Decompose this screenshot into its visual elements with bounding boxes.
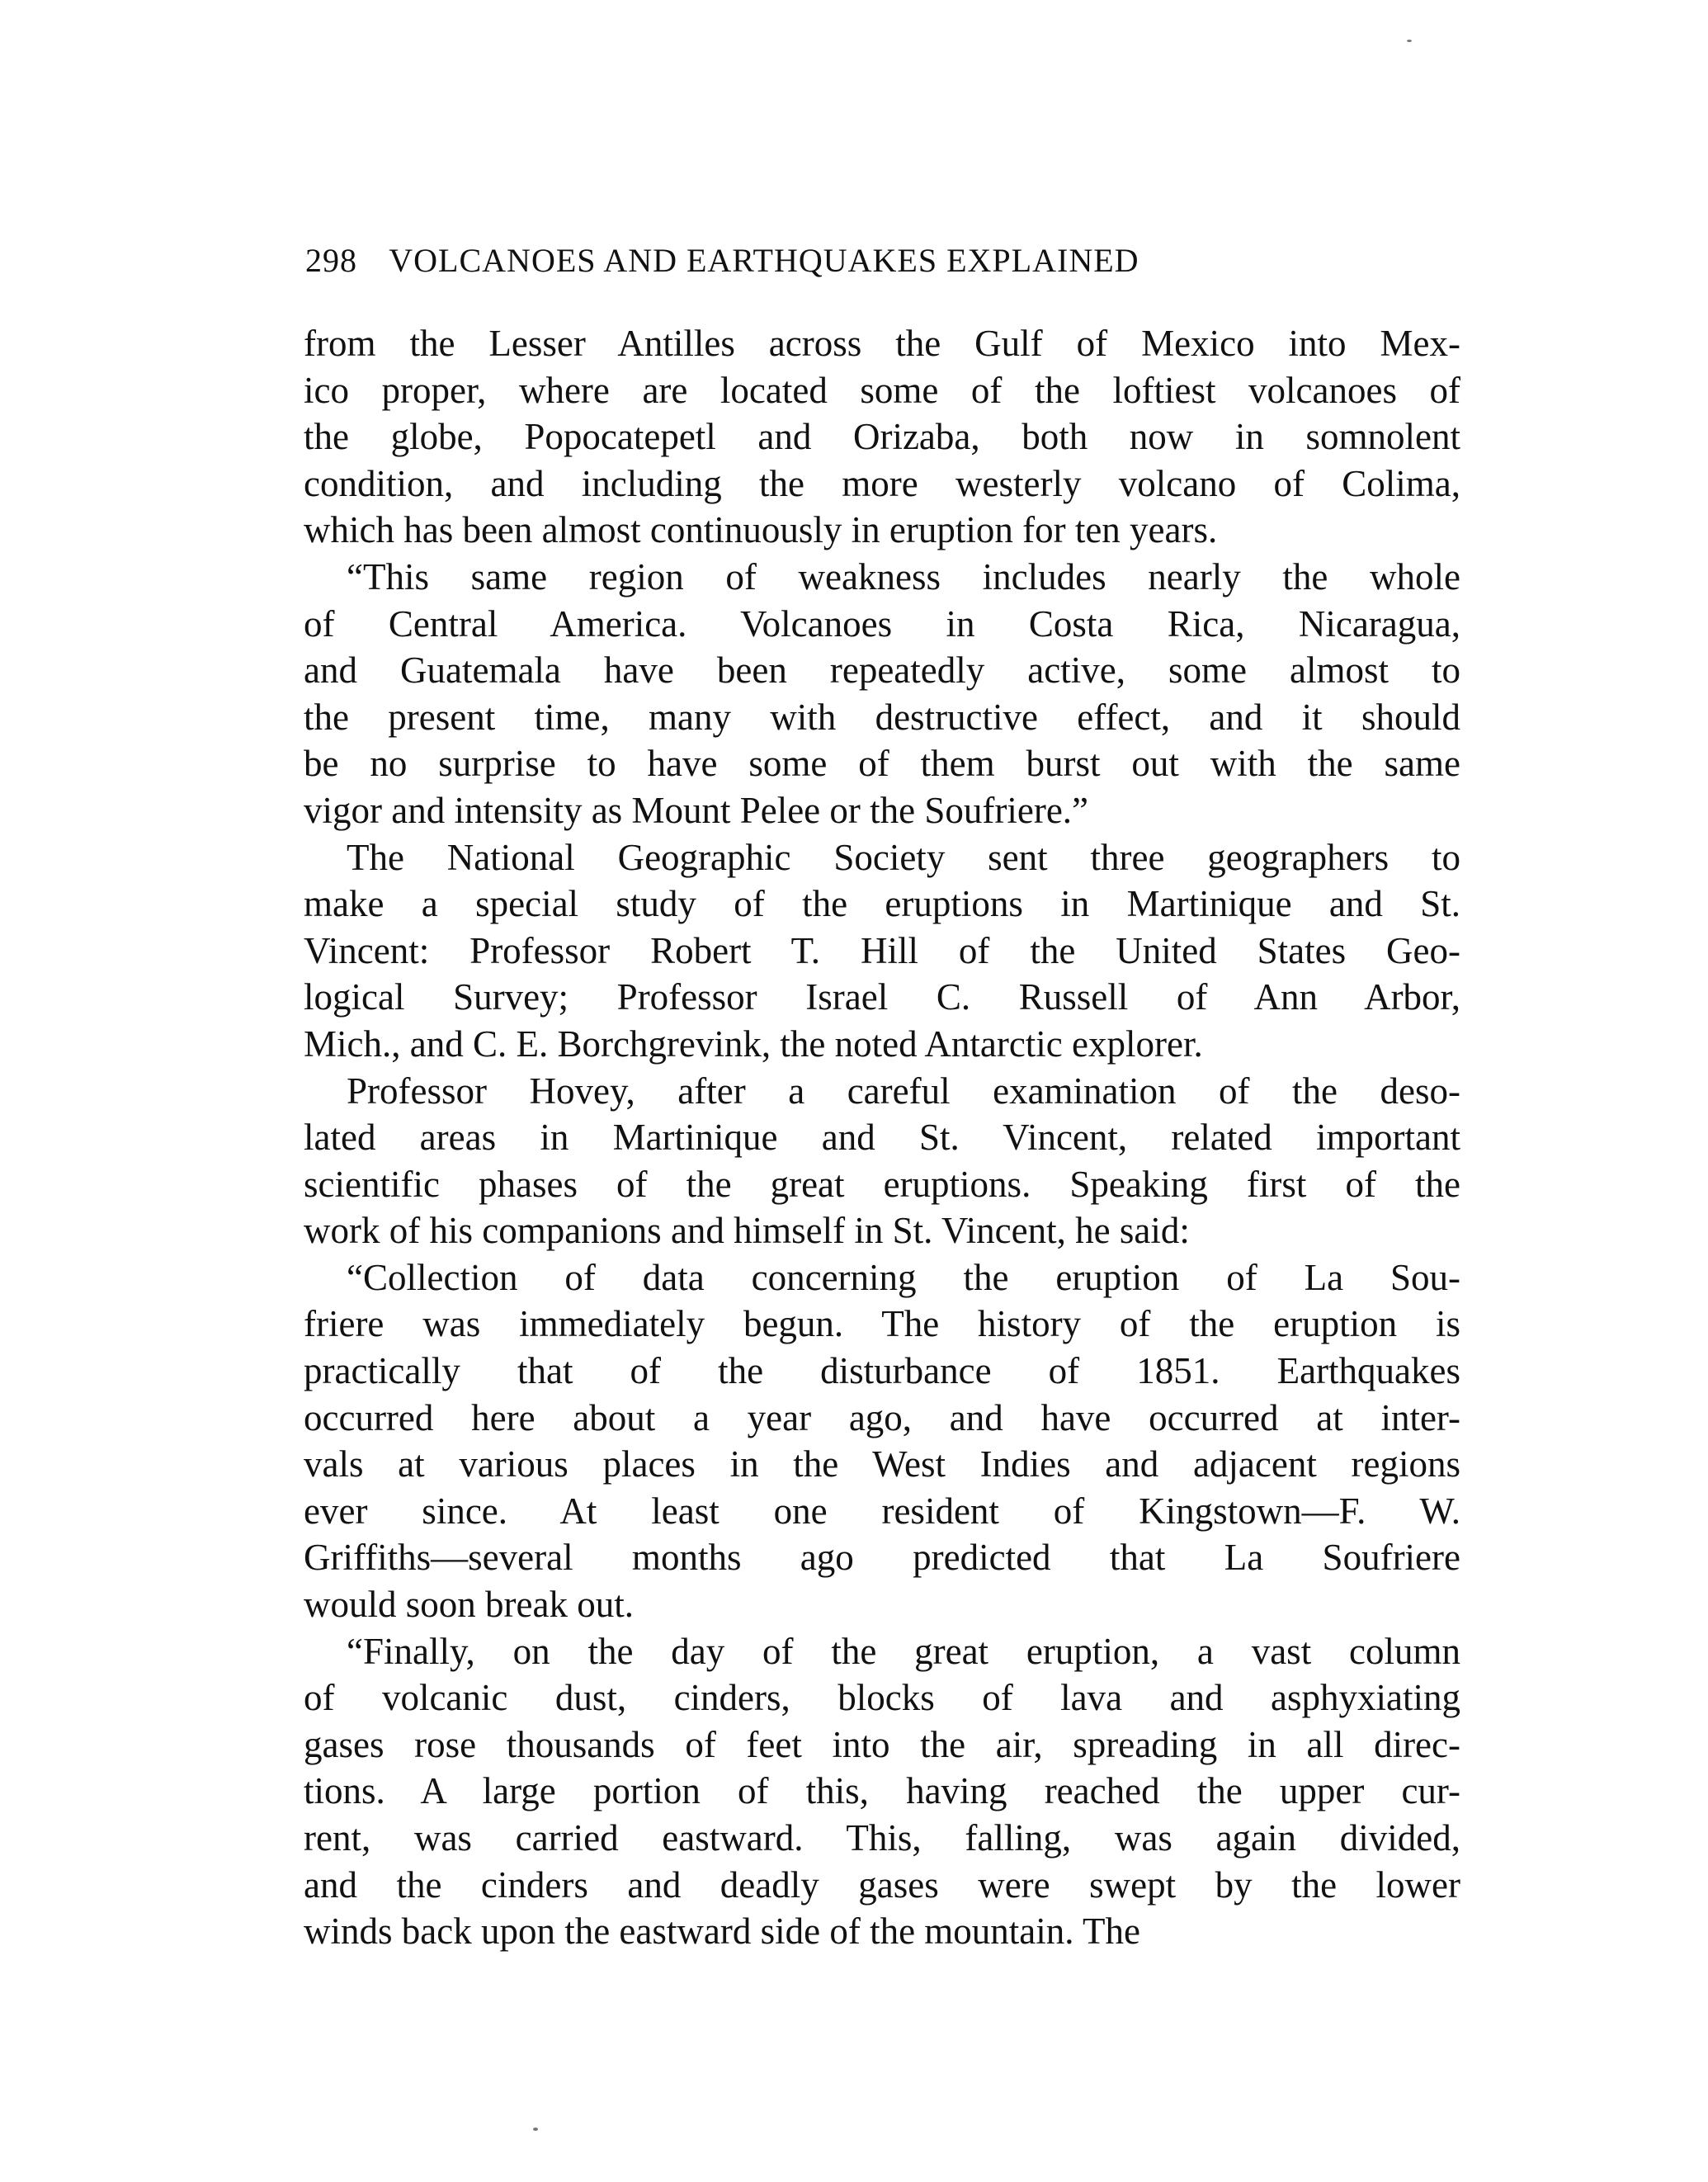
text-line: vals at various places in the West Indie… <box>304 1441 1460 1488</box>
text-line: would soon break out. <box>304 1581 1460 1628</box>
text-line: Mich., and C. E. Borchgrevink, the noted… <box>304 1021 1460 1068</box>
scan-speck <box>1407 40 1412 42</box>
running-head: 298 VOLCANOES AND EARTHQUAKES EXPLAINED <box>305 241 1460 280</box>
paragraph: The National Geographic Society sent thr… <box>304 834 1460 1068</box>
text-line: ever since. At least one resident of Kin… <box>304 1488 1460 1535</box>
text-line: lated areas in Martinique and St. Vincen… <box>304 1114 1460 1161</box>
text-line: tions. A large portion of this, having r… <box>304 1768 1460 1815</box>
text-line: condition, and including the more wester… <box>304 460 1460 508</box>
text-line: which has been almost continuously in er… <box>304 507 1460 554</box>
text-line: ico proper, where are located some of th… <box>304 367 1460 414</box>
text-line: work of his companions and himself in St… <box>304 1207 1460 1254</box>
text-line: friere was immediately begun. The histor… <box>304 1301 1460 1348</box>
text-line: of Central America. Volcanoes in Costa R… <box>304 601 1460 648</box>
paragraph: Professor Hovey, after a careful examina… <box>304 1068 1460 1254</box>
text-line: occurred here about a year ago, and have… <box>304 1395 1460 1442</box>
book-page: 298 VOLCANOES AND EARTHQUAKES EXPLAINED … <box>0 0 1708 2182</box>
scan-speck <box>533 2128 538 2131</box>
text-line: logical Survey; Professor Israel C. Russ… <box>304 974 1460 1021</box>
text-line: “Collection of data concerning the erupt… <box>304 1254 1460 1301</box>
text-line: Professor Hovey, after a careful examina… <box>304 1068 1460 1115</box>
text-line: gases rose thousands of feet into the ai… <box>304 1722 1460 1769</box>
text-line: Griffiths—several months ago predicted t… <box>304 1534 1460 1581</box>
text-line: and Guatemala have been repeatedly activ… <box>304 647 1460 694</box>
text-line: make a special study of the eruptions in… <box>304 881 1460 928</box>
text-line: from the Lesser Antilles across the Gulf… <box>304 320 1460 367</box>
text-line: Vincent: Professor Robert T. Hill of the… <box>304 928 1460 975</box>
paragraph: “This same region of weakness includes n… <box>304 554 1460 834</box>
text-line: the globe, Popocatepetl and Orizaba, bot… <box>304 413 1460 460</box>
paragraph: from the Lesser Antilles across the Gulf… <box>304 320 1460 554</box>
text-line: the present time, many with destructive … <box>304 694 1460 741</box>
paragraph: “Finally, on the day of the great erupti… <box>304 1628 1460 1955</box>
text-line: vigor and intensity as Mount Pelee or th… <box>304 787 1460 834</box>
text-line: The National Geographic Society sent thr… <box>304 834 1460 881</box>
text-line: be no surprise to have some of them burs… <box>304 740 1460 787</box>
body-text: from the Lesser Antilles across the Gulf… <box>304 320 1460 1955</box>
text-line: practically that of the disturbance of 1… <box>304 1348 1460 1395</box>
book-title: VOLCANOES AND EARTHQUAKES EXPLAINED <box>389 242 1139 279</box>
text-line: “This same region of weakness includes n… <box>304 554 1460 601</box>
text-line: and the cinders and deadly gases were sw… <box>304 1862 1460 1909</box>
text-line: of volcanic dust, cinders, blocks of lav… <box>304 1674 1460 1722</box>
text-line: rent, was carried eastward. This, fallin… <box>304 1815 1460 1862</box>
text-line: winds back upon the eastward side of the… <box>304 1908 1460 1955</box>
paragraph: “Collection of data concerning the erupt… <box>304 1254 1460 1628</box>
page-number: 298 <box>305 242 357 279</box>
text-line: scientific phases of the great eruptions… <box>304 1161 1460 1208</box>
text-line: “Finally, on the day of the great erupti… <box>304 1628 1460 1675</box>
